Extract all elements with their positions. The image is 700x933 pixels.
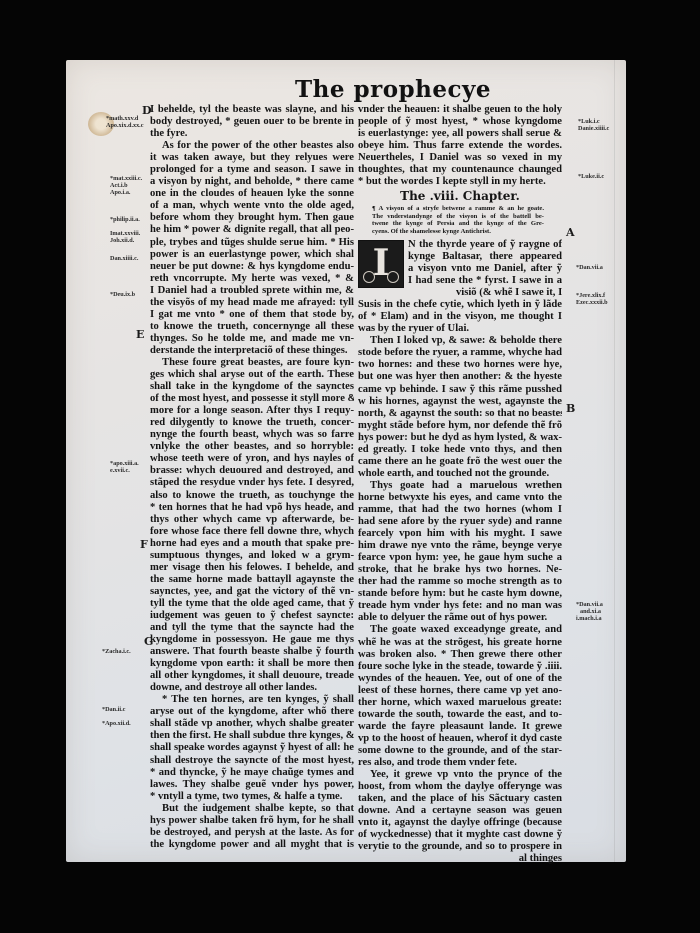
section-letter-e: E (136, 328, 144, 341)
text-line: ed greatly. I toke hede vnto thys, and t… (358, 444, 562, 456)
chapter-summary: ¶ A visyon of a stryfe betwene a ramme &… (358, 205, 562, 239)
text-line: verytie to the grounde, and so to prospe… (358, 841, 562, 853)
text-line: * The ten hornes, are ten kynges, ỹ shal… (150, 694, 354, 706)
text-line: Susis in the chefe cytie, which lyeth in… (358, 299, 562, 311)
text-line: foure soche lyke in the steade, towarde … (358, 661, 562, 673)
text-line: hys power: but he dyd as hym lysted, & w… (358, 432, 562, 444)
text-line: derstande the interpretaciõ of these thi… (150, 345, 354, 357)
text-line: stande before hym: but he caste hym down… (358, 588, 562, 600)
text-line: came there an he goate frõ the west ouer… (358, 456, 562, 468)
text-line: answere. That fourth beaste shalbe ỹ fou… (150, 646, 354, 658)
section-letter-b: B (566, 402, 575, 415)
summary-line: twene the kynge of Persia and the kynge … (372, 220, 544, 227)
text-line: wyndes of the heauen. Yee, out of one of… (358, 673, 562, 685)
summary-line: ¶ A visyon of a stryfe betwene a ramme &… (372, 205, 544, 212)
text-line: These foure great beastes, are foure kyn… (150, 357, 354, 369)
text-line: then the first. He shall subdue thre kyn… (150, 730, 354, 742)
text-line: brasse: whych deuoured and destroyed, an… (150, 465, 354, 477)
text-line: of a man, whych wente vnto the olde aged… (150, 200, 354, 212)
text-line: ple, trybes and tũges shulde serue him. … (150, 237, 354, 249)
margin-note: Apo.i.a. (110, 189, 130, 196)
text-line: able to delyuer the rãme out of hys powe… (358, 612, 562, 624)
summary-line: cyens. Of the shamelesse kynge Antichris… (372, 228, 544, 235)
text-line: north, & agaynst the south: so that no b… (358, 408, 562, 420)
text-line: hys power shalbe taken frõ hym, for he s… (150, 815, 354, 827)
text-line: I gat me vnto * one of them that stode b… (150, 309, 354, 321)
text-line: but one was hyer then another: & the hye… (358, 371, 562, 383)
text-line: fearce vpon hym: yee, he gaue hym suche … (358, 552, 562, 564)
text-line: reth vncorrupte. My herte was vexed, * & (150, 273, 354, 285)
text-line: myght stãde before hym, nor defende thẽ … (358, 420, 562, 432)
margin-note: *Luk.i.c (578, 118, 600, 125)
text-line: thynges. So he tolde me, and made me vn- (150, 333, 354, 345)
left-text-column: I behelde, tyl the beaste was slayne, an… (150, 104, 354, 851)
text-line: treade hym vnder hys fete: and no man wa… (358, 600, 562, 612)
margin-note: *math.xxv.d (106, 115, 138, 122)
text-line: horne had eyes and a mouth that spake pr… (150, 538, 354, 550)
chapter-heading: The .viii. Chapter. (358, 189, 562, 203)
scroll-ornament-icon (387, 271, 399, 283)
running-head: The prophecye (113, 76, 673, 103)
text-line: fearcely vpon him with his myght. I sawe (358, 528, 562, 540)
text-line: to knowe the trueth, concernynge all the… (150, 321, 354, 333)
text-line: prolonged for a tyme and season. I sawe … (150, 164, 354, 176)
text-line: before whom they brought hym. Then gaue (150, 212, 354, 224)
text-line: ther had the ramme so moche strength as … (358, 576, 562, 588)
margin-note: Danie.xiiii.c (578, 125, 609, 132)
text-line: people of ỹ most hyest, * whose kyngdome (358, 116, 562, 128)
paper-edge-crease (614, 60, 615, 862)
text-line: of * Elam) and in the visyon, me thought… (358, 311, 562, 323)
text-line: * but the wordes I kepte styll in my her… (358, 176, 562, 188)
text-line: The goate waxed exceadynge greate, and (358, 624, 562, 636)
text-line: visiõ (& whẽ I sawe it, I was at (408, 287, 562, 299)
text-line: mer visage then his felowes. I behelde, … (150, 562, 354, 574)
text-line: the visyõs of my head made me afrayed: t… (150, 297, 354, 309)
text-line: I behelde, tyl the beaste was slayne, an… (150, 104, 354, 116)
text-line: saynctes, yee, and gat the victory of th… (150, 586, 354, 598)
text-line: res also, and trode them vnder fete. (358, 757, 562, 769)
margin-note: *Zacha.i.c. (102, 648, 131, 655)
text-line: taken, and the place of his Sãctuary cas… (358, 793, 562, 805)
text-line: some downe to the grounde, and of the st… (358, 745, 562, 757)
text-line: ther horne, which waxed maruelous greate… (358, 697, 562, 709)
text-line: him drawe nye vnto the rãme, beynge very… (358, 540, 562, 552)
margin-note: Joh.xii.d. (110, 237, 134, 244)
text-line: was broken also. * Then grewe there othe… (358, 649, 562, 661)
text-line: tyll the tyme that the olde aged came, t… (150, 598, 354, 610)
catchword: al thinges (358, 853, 562, 865)
margin-note: Dan.xiiii.c. (110, 255, 138, 262)
text-line: whose teeth were of yron, and hys nayles… (150, 453, 354, 465)
text-line: leest of these hornes, there came vp yet… (358, 685, 562, 697)
text-line: hoost, from whom the daylye offerynge wa… (358, 781, 562, 793)
margin-note: *philip.ii.a. (110, 216, 140, 223)
text-line: horne betwyxte his eyes, and came vnto t… (358, 492, 562, 504)
margin-note: Act.i.b (110, 182, 128, 189)
text-line: I had sene the * fyrst. I sawe in a (408, 275, 562, 287)
margin-note: *Jere.xlix.f (576, 292, 605, 299)
margin-note: Imat.xxviii. (110, 230, 140, 237)
margin-note: Ezec.xxxii.b (576, 299, 608, 306)
text-line: stãped the resydue vnder hys fete. I des… (150, 477, 354, 489)
text-line: had sene afore by the ryuer syde) and ra… (358, 516, 562, 528)
text-line: downe, and destroye all other landes. (150, 682, 354, 694)
text-line: was by the ryuer of Ulai. (358, 323, 562, 335)
text-line: sumptuous thynges, and loked w a grym- (150, 550, 354, 562)
text-line: a visyon by night, and beholde, * there … (150, 176, 354, 188)
text-line: Yee, it grewe vp vnto the prynce of the (358, 769, 562, 781)
margin-note: *Dan.ii.c (102, 706, 125, 713)
margin-note: *apo.xiii.a. (110, 460, 139, 467)
text-line: aryse out of the kyngdome, after whõ the… (150, 706, 354, 718)
right-text-column: vnder the heauen: it shalbe geuen to the… (358, 104, 562, 865)
section-letter-a: A (566, 226, 575, 239)
text-line: * vntyll a tyme, two tymes, & halfe a ty… (150, 791, 354, 803)
text-line: stroke, that he brake hys two hornes. Ne… (358, 564, 562, 576)
margin-note: *Luke.ii.c (578, 173, 604, 180)
text-line: vnto it, agaynst the daylye offringe (be… (358, 817, 562, 829)
text-line: two hornes: and these two hornes were hy… (358, 359, 562, 371)
text-line: As for the power of the other beastes al… (150, 140, 354, 152)
text-line: the fyre. (150, 128, 354, 140)
text-line: Neuertheles, I Daniel was so vexed in my (358, 152, 562, 164)
text-line: also to knowe the trueth, as touchynge t… (150, 490, 354, 502)
text-line: power is an euerlastynge power, which sh… (150, 249, 354, 261)
text-line: thoughtes, that my countenaunce chaunged (358, 164, 562, 176)
text-line: whole earth, and touched not the grounde… (358, 468, 562, 480)
text-line: one in the cloudes of heauen lyke the so… (150, 188, 354, 200)
text-line: neuer be put downe: & hys kyngdome endu- (150, 261, 354, 273)
text-line: But the iudgement shalbe kepte, so that (150, 803, 354, 815)
text-line: body destroyed, * geuen ouer to be brent… (150, 116, 354, 128)
margin-note: *Dan.vii.a (576, 264, 603, 271)
text-line: stode before the ryuer, a ramme, whyche … (358, 347, 562, 359)
text-line: kyngdome in possessyon. He gaue me thys (150, 634, 354, 646)
margin-note: *Dan.vii.a (576, 601, 603, 608)
text-line: ges which shal aryse out of the earth. T… (150, 369, 354, 381)
text-line: of the most hyest, and possesse it styll… (150, 393, 354, 405)
text-line: Thys goate had a maruelous wrethen (358, 480, 562, 492)
section-letter-f: F (140, 538, 148, 551)
text-line: w his hornes, agaynst the west, agaynste… (358, 396, 562, 408)
text-line: * and thyncke, ỹ he maye chaũge tymes an… (150, 767, 354, 779)
text-line: towarde the south, towarde the east, and… (358, 709, 562, 721)
margin-note: *Apo.xii.d. (102, 720, 131, 727)
text-line: Then I loked vp, & sawe: & beholde there (358, 335, 562, 347)
margin-note: Apo.xix.d.xx.c (106, 122, 143, 129)
text-line: ramme, that had the two hornes (whom I (358, 504, 562, 516)
text-line: shall destroye the sayncte of the most h… (150, 755, 354, 767)
text-line: red dilygently to knowe the trueth, conc… (150, 417, 354, 429)
decorated-initial: I (358, 240, 404, 288)
scroll-ornament-icon (363, 271, 375, 283)
summary-line: The vnderstandynge of the visyon is of t… (372, 213, 544, 220)
text-line: all other kyngdomes, it shall deuoure, t… (150, 670, 354, 682)
text-line: is euerlastynge: yee, all powers shall s… (358, 128, 562, 140)
text-line: vp to the hoost of heauen, wherof it dyd… (358, 733, 562, 745)
text-line: N the thyrde yeare of ỹ raygne of (408, 239, 562, 251)
text-line: kyngdome vpon earth: it shall be more th… (150, 658, 354, 670)
text-line: a visyon vnto me Daniel, after ỹ (408, 263, 562, 275)
text-line: be destroyed, and perysh at the laste. A… (150, 827, 354, 839)
margin-note: and.xi.a (580, 608, 601, 615)
text-line: of wyckednesse) that it myghte cast down… (358, 829, 562, 841)
text-line: came vp behinde. I saw ỹ this rãme pussh… (358, 384, 562, 396)
text-line: lawes. They shalbe geuẽ vnder hys power, (150, 779, 354, 791)
text-line: he him * power & dignite regall, that al… (150, 224, 354, 236)
text-line: shall speake wordes agaynst ỹ hyest of a… (150, 742, 354, 754)
text-line: fore whose face there fell downe thre, w… (150, 526, 354, 538)
text-line: and tyll the tyme that the sayncte had t… (150, 622, 354, 634)
text-line: vnder the heauen: it shalbe geuen to the… (358, 104, 562, 116)
text-line: warde the fayre pleasaunt lande. It grew… (358, 721, 562, 733)
text-line: it was taken awaye, but they relyues wer… (150, 152, 354, 164)
margin-note: *mat.xxiii.c. (110, 175, 142, 182)
text-line: obeye him. Thus farre extende the wordes… (358, 140, 562, 152)
text-line: iudgement was geuen to ỹ chefest sayncte… (150, 610, 354, 622)
text-line: shall stãde vp another, whych shalbe gre… (150, 718, 354, 730)
text-line: vnlyke the other beastes, and so horrybl… (150, 441, 354, 453)
margin-note: e.xvii.c. (110, 467, 130, 474)
text-line: more for a longe season. After thys I re… (150, 405, 354, 417)
text-line: thys other whych came vp afterwarde, be- (150, 514, 354, 526)
text-line: the same horne made battayll agaynste th… (150, 574, 354, 586)
book-page: The prophecye *math.xxv.d Apo.xix.d.xx.c… (66, 60, 626, 862)
text-line: downe. And a certayne season was geuen (358, 805, 562, 817)
text-line: * ten hornes that he had vpõ hys heade, … (150, 502, 354, 514)
text-line: the kyngdome power and all myght that is (150, 839, 354, 851)
margin-note: *Deu.ix.b (110, 291, 135, 298)
margin-note: i.mach.i.a (576, 615, 602, 622)
text-line: shall take in the kyngdome of the saynct… (150, 381, 354, 393)
text-line: nynge the fourth beast, whych was so far… (150, 429, 354, 441)
text-line: I Daniel had a troubled sprete within me… (150, 285, 354, 297)
text-line: kynge Baltasar, there appeared (408, 251, 562, 263)
text-line: whẽ he was at the strõgest, his greate h… (358, 637, 562, 649)
